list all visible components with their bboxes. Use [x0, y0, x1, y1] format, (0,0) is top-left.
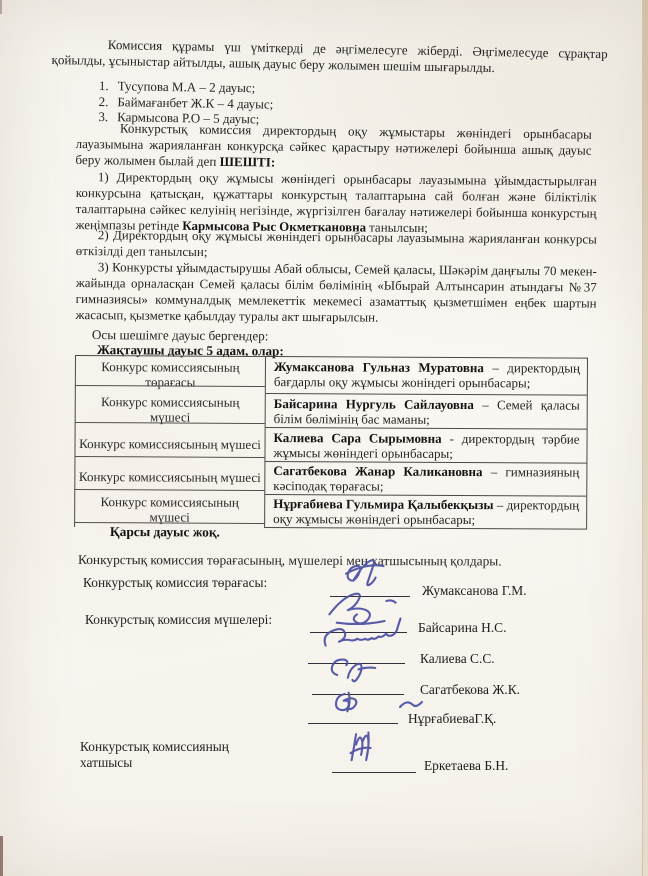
decision-pre: Конкурстық комиссия директордың оқу жұмы… [75, 121, 592, 169]
signature-ink-erketaeva [346, 722, 402, 774]
secretary-label-line1: Конкурстық комиссияның [80, 739, 229, 755]
member-cell: Нұрғабиева Гульмира Қалыбекқызы – директ… [265, 494, 586, 530]
role-line: мүшесі [150, 410, 190, 425]
signer-name: Сагатбекова Ж.К. [420, 682, 520, 698]
scanned-protocol-page: Комиссия құрамы үш үміткерді де әңгімеле… [0, 0, 648, 876]
member-name: Байсарина Нургуль Сайлауовна [274, 396, 474, 412]
signer-name: Байсарина Н.С. [418, 620, 506, 636]
table-row: Конкурс комиссиясының мүшесі Калиева Сар… [75, 427, 586, 463]
role-cell: Конкурс комиссиясының мүшесі [75, 460, 265, 495]
role-line: Конкурс комиссиясының [101, 360, 239, 375]
against-votes-line: Қарсы дауыс жоқ. [110, 524, 220, 541]
role-line: Конкурс комиссиясының мүшесі [79, 470, 261, 486]
role-cell: Конкурс комиссиясыныңтөрағасы [76, 356, 266, 394]
chair-label: Конкурстық комиссия төрағасы: [83, 575, 267, 591]
role-cell: Конкурс комиссиясыныңмүшесі [76, 393, 266, 428]
signature-ink-nurgabieva [330, 686, 392, 726]
member-name: Сагатбекова Жанар Каликановна [273, 463, 482, 479]
decision-paragraph: Конкурстық комиссия директордың оқу жұмы… [75, 120, 592, 174]
member-cell: Сагатбекова Жанар Каликановна – гимназия… [265, 461, 586, 496]
page-edge-right-line [642, 0, 643, 876]
intro-paragraph: Комиссия құрамы үш үміткерді де әңгімеле… [51, 36, 607, 78]
signatures-intro: Конкурстық комиссия төрағасының, мүшелер… [78, 552, 502, 569]
secretary-label-line2: хатшысы [80, 755, 132, 771]
member-cell: Калиева Сара Сырымовна - директордың тәр… [265, 428, 586, 463]
table-row: Конкурс комиссиясыныңмүшесі Байсарина Ну… [76, 393, 587, 430]
page-edge-left-top [0, 0, 2, 14]
vote-text: Баймағанбет Ж.К – 4 дауыс; [117, 94, 273, 111]
members-label: Конкурстық комиссия мүшелері: [85, 612, 272, 628]
member-cell: Байсарина Нургуль Сайлауовна – Семей қал… [266, 394, 587, 430]
signer-name: НұрғабиеваГ.Қ. [408, 711, 496, 727]
page-edge-right [643, 0, 648, 876]
role-line: мүшесі [150, 510, 190, 525]
signature-ink-tilde [398, 698, 424, 712]
signer-name: Жумаксанова Г.М. [422, 583, 527, 599]
vote-text: Тусупова М.А – 2 дауыс; [118, 78, 256, 95]
list-number: 1. [99, 78, 109, 94]
member-name: Жумаксанова Гульназ Муратовна [274, 359, 484, 375]
decision-item-3: 3) Конкурсты ұйымдастырушы Абай облысы, … [75, 260, 597, 328]
commission-table: Конкурс комиссиясыныңтөрағасы Жумаксанов… [74, 355, 588, 530]
decision-item-2: 2) Директордың оқу жұмысы жөніндегі орын… [76, 228, 597, 264]
signer-name: Калиева С.С. [420, 651, 495, 667]
signer-name: Еркетаева Б.Н. [424, 758, 508, 774]
decision-keyword: ШЕШТІ: [220, 154, 276, 170]
role-line: Конкурс комиссиясының мүшесі [79, 437, 261, 453]
page-edge-left-bottom [0, 836, 3, 876]
role-cell: Конкурс комиссиясыныңмүшесі [75, 493, 265, 528]
member-name: Нұрғабиева Гульмира Қалыбекқызы [273, 496, 493, 512]
member-cell: Жумаксанова Гульназ Муратовна – директор… [266, 357, 587, 396]
list-number: 2. [99, 94, 109, 110]
table-row: Конкурс комиссиясының мүшесі Сагатбекова… [75, 460, 586, 496]
role-line: төрағасы [145, 375, 195, 390]
table-row: Конкурс комиссиясыныңтөрағасы Жумаксанов… [76, 356, 587, 396]
member-name: Калиева Сара Сырымовна [274, 430, 442, 446]
role-cell: Конкурс комиссиясының мүшесі [75, 427, 265, 462]
